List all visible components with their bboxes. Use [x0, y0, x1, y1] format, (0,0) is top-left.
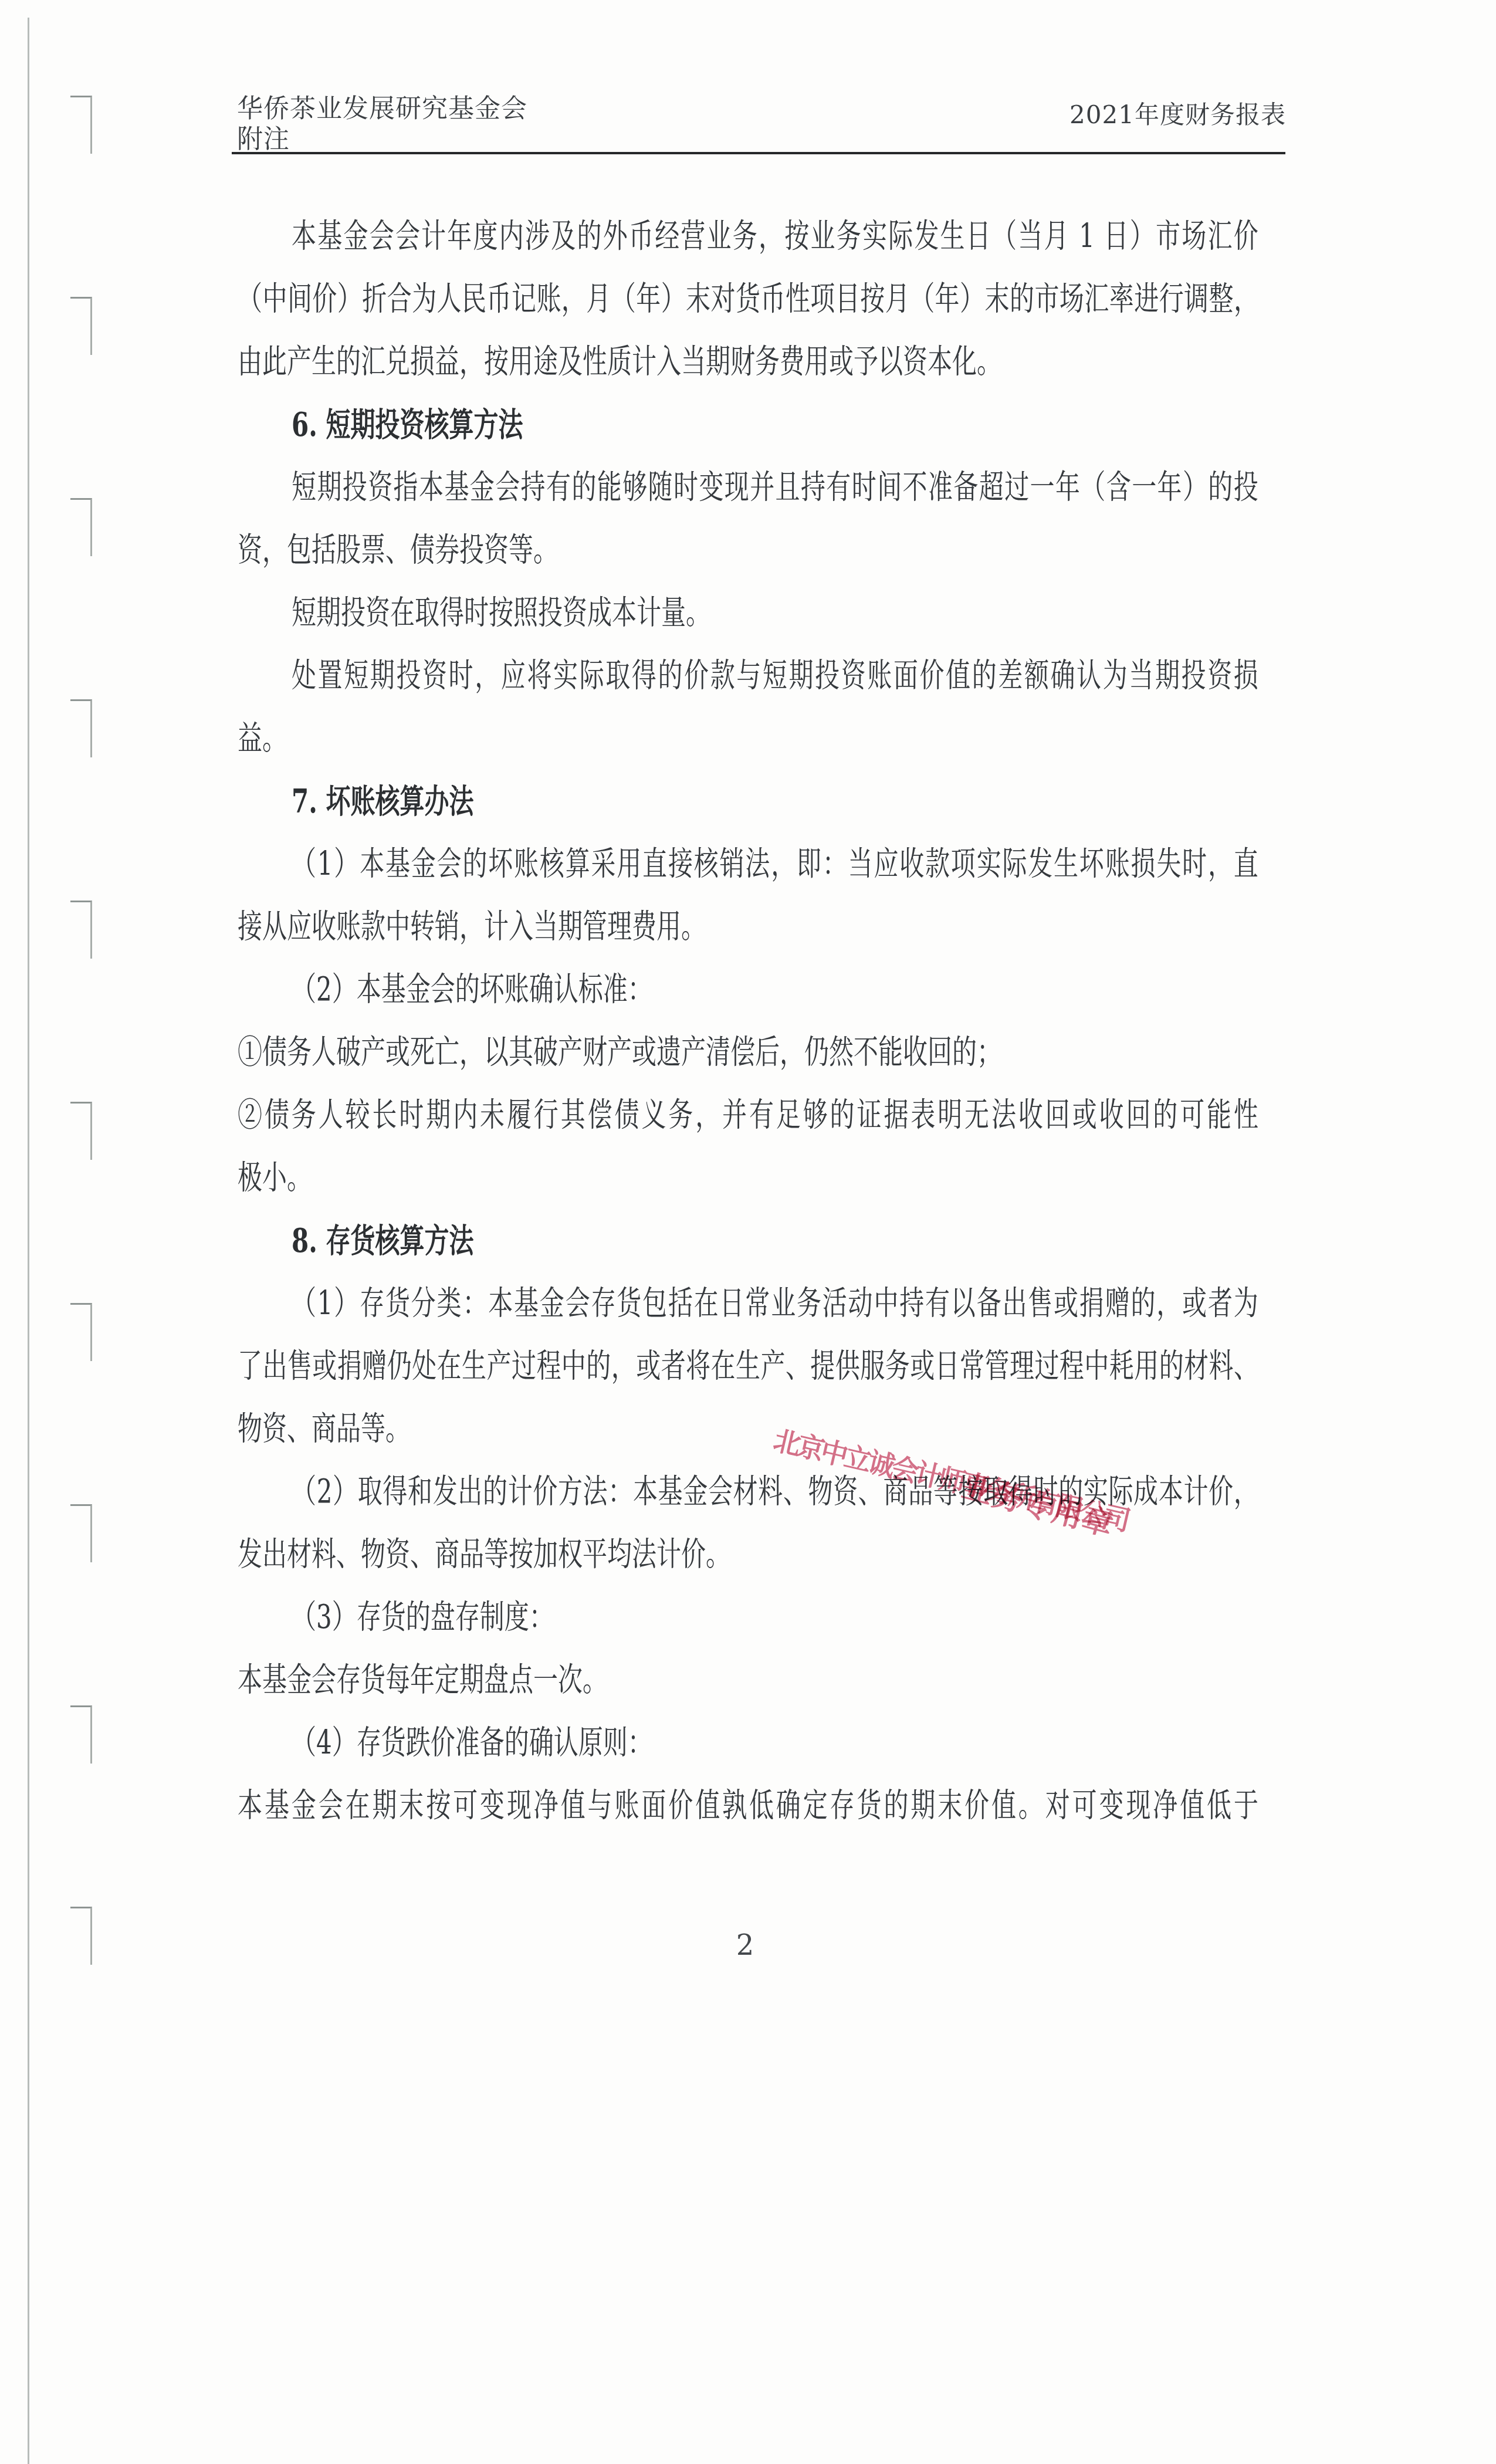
body-line: （3）存货的盘存制度： — [292, 1599, 554, 1636]
body-line: 本基金会在期末按可变现净值与账面价值孰低确定存货的期末价值。对可变现净值低于 — [238, 1788, 1258, 1824]
body-line: 发出材料、物资、商品等按加权平均法计价。 — [238, 1536, 730, 1573]
body-line: （2）本基金会的坏账确认标准： — [292, 972, 652, 1008]
body-line: （1）存货分类：本基金会存货包括在日常业务活动中持有以备出售或捐赠的，或者为 — [292, 1285, 1258, 1322]
body-line: 资，包括股票、债券投资等。 — [238, 532, 558, 568]
body-line: 本基金会会计年度内涉及的外币经营业务，按业务实际发生日（当月 1 日）市场汇价 — [292, 218, 1258, 255]
section-heading: 6. 短期投资核算方法 — [292, 407, 523, 443]
page-number: 2 — [686, 1929, 804, 1962]
body-line: 本基金会存货每年定期盘点一次。 — [238, 1662, 607, 1698]
binding-mark — [70, 901, 92, 959]
binding-mark — [70, 297, 92, 355]
binding-mark — [70, 699, 92, 757]
body-line: 短期投资指本基金会持有的能够随时变现并且持有时间不准备超过一年（含一年）的投 — [292, 469, 1258, 506]
header-rule — [232, 152, 1285, 154]
binding-mark — [70, 1102, 92, 1160]
binding-mark — [70, 1303, 92, 1361]
binding-mark — [70, 498, 92, 556]
body-line: ①债务人破产或死亡，以其破产财产或遗产清偿后，仍然不能收回的； — [238, 1034, 1001, 1071]
section-heading: 7. 坏账核算办法 — [292, 783, 473, 820]
scanned-document-page: 华侨茶业发展研究基金会 附注 2021年度财务报表 本基金会会计年度内涉及的外币… — [0, 0, 1496, 2464]
report-title: 2021年度财务报表 — [939, 96, 1286, 131]
org-name: 华侨茶业发展研究基金会 — [237, 94, 527, 124]
binding-mark — [70, 1907, 92, 1965]
binding-mark — [70, 1705, 92, 1764]
page-header-left: 华侨茶业发展研究基金会 附注 — [237, 94, 527, 155]
section-heading: 8. 存货核算方法 — [292, 1223, 473, 1259]
scan-edge-line — [28, 18, 29, 2464]
body-line: （中间价）折合为人民币记账，月（年）末对货币性项目按月（年）末的市场汇率进行调整… — [238, 281, 1258, 317]
body-line: 极小。 — [238, 1160, 312, 1196]
doc-section-label: 附注 — [237, 124, 527, 155]
body-line: 益。 — [238, 720, 287, 757]
body-line: 短期投资在取得时按照投资成本计量。 — [292, 595, 710, 631]
body-line: （1）本基金会的坏账核算采用直接核销法，即：当应收款项实际发生坏账损失时，直 — [292, 846, 1258, 882]
body-line: 了出售或捐赠仍处在生产过程中的，或者将在生产、提供服务或日常管理过程中耗用的材料… — [238, 1348, 1258, 1385]
body-line: 接从应收账款中转销，计入当期管理费用。 — [238, 909, 706, 945]
body-line: 物资、商品等。 — [238, 1411, 410, 1447]
body-line: 由此产生的汇兑损益，按用途及性质计入当期财务费用或予以资本化。 — [238, 344, 1001, 380]
binding-mark — [70, 1504, 92, 1562]
body-line: （4）存货跌价准备的确认原则： — [292, 1725, 652, 1761]
body-line: 处置短期投资时，应将实际取得的价款与短期投资账面价值的差额确认为当期投资损 — [292, 658, 1258, 694]
binding-mark — [70, 96, 92, 154]
body-line: ②债务人较长时期内未履行其偿债义务，并有足够的证据表明无法收回或收回的可能性 — [238, 1097, 1258, 1133]
